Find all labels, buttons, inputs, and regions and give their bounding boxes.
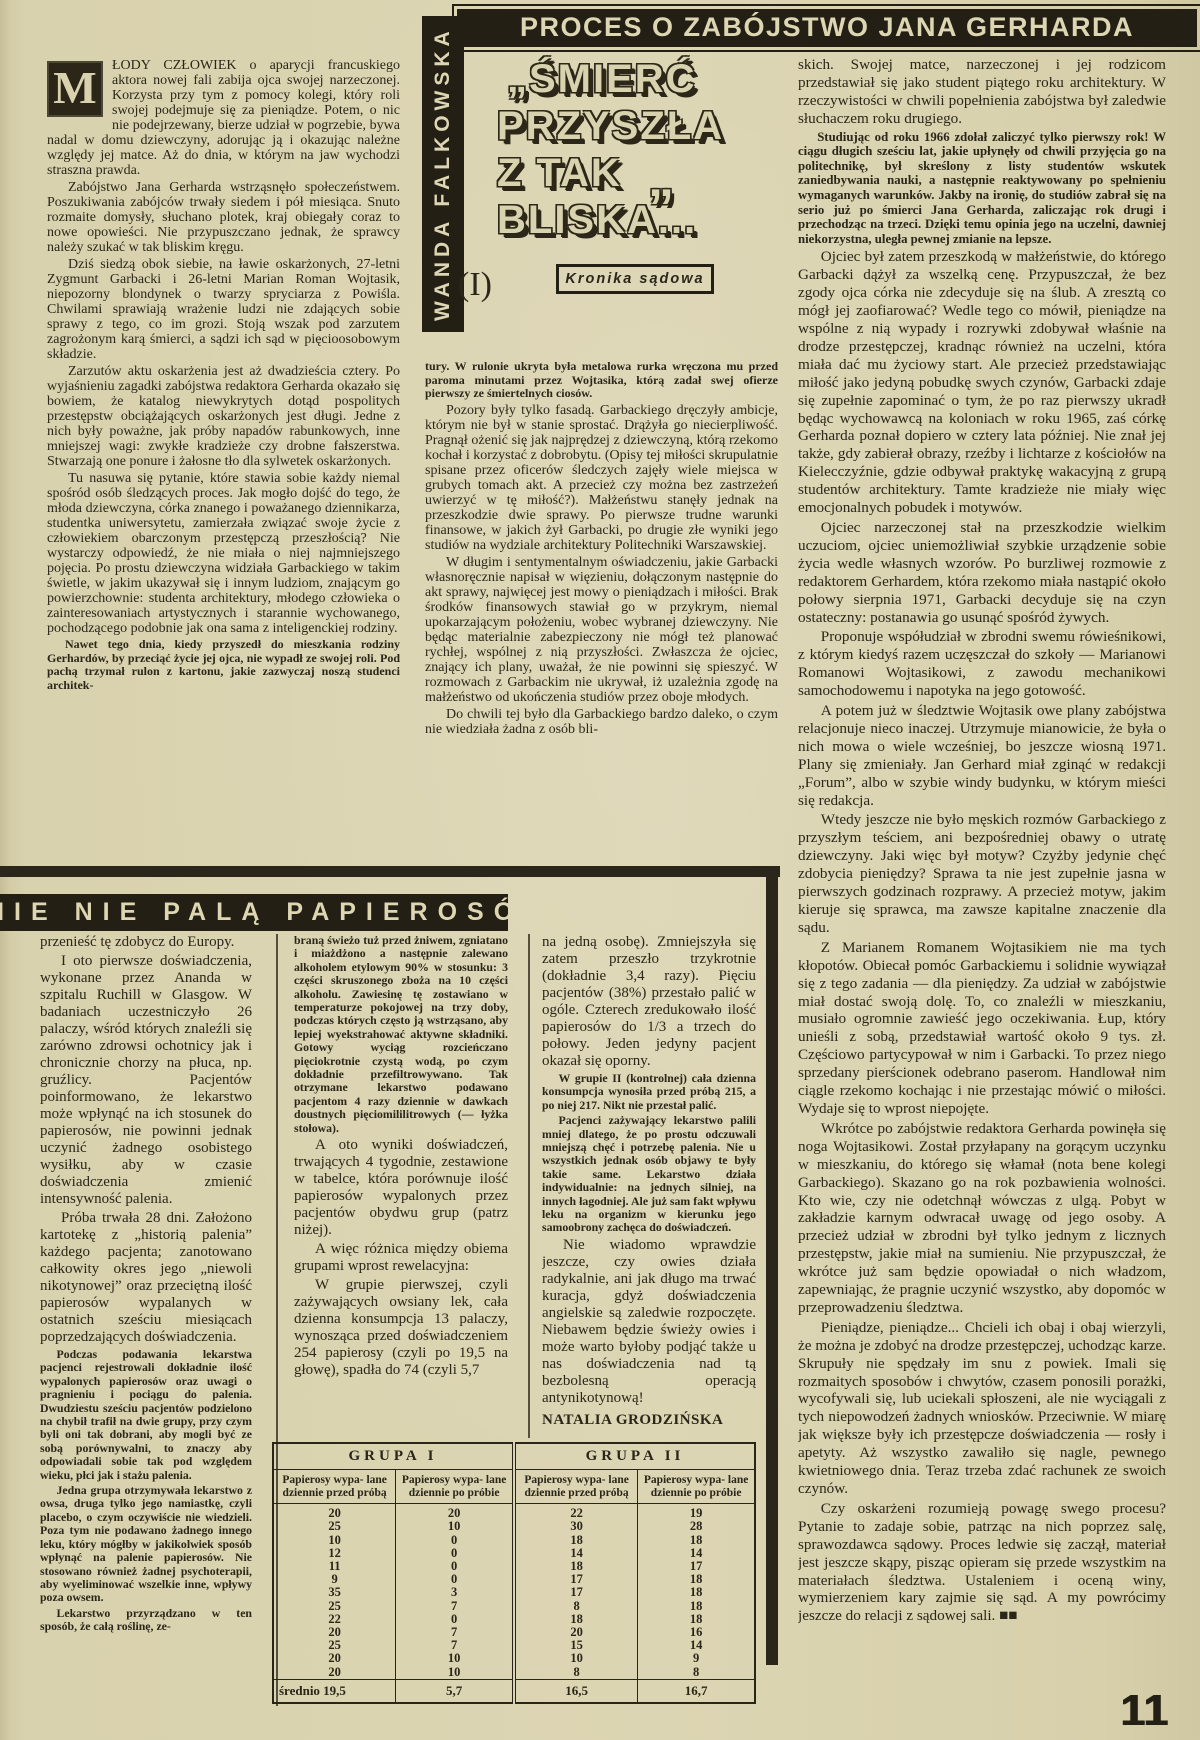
table-cell: 0 xyxy=(396,1534,514,1547)
table-cell: 8 xyxy=(638,1666,755,1680)
table-cell: 18 xyxy=(638,1586,755,1599)
table-cell: 8 xyxy=(514,1600,638,1613)
paragraph: Proponuje współudział w zbrodni swemu ró… xyxy=(798,628,1166,700)
results-table: GRUPA I GRUPA II Papierosy wypa- lane dz… xyxy=(272,1442,756,1704)
paragraph: A oto wyniki doświadczeń, trwających 4 t… xyxy=(294,1137,508,1239)
table-cell: 8 xyxy=(514,1666,638,1680)
table-cell: 9 xyxy=(638,1652,755,1665)
paragraph: A więc różnica między obiema grupami wpr… xyxy=(294,1241,508,1275)
table-cell: 10 xyxy=(396,1666,514,1680)
article1-column-1: M ŁODY CZŁOWIEK o aparycji francuskiego … xyxy=(47,58,400,850)
paragraph: Z Marianem Romanem Wojtasikiem nie ma ty… xyxy=(798,939,1166,1118)
headline-line: PRZYSZŁA xyxy=(497,103,797,150)
average-cell: 16,7 xyxy=(638,1679,755,1703)
group-header-row: GRUPA I GRUPA II xyxy=(273,1443,755,1470)
paragraph: tury. W rulonie ukryta była metalowa rur… xyxy=(425,360,778,401)
table-row: 3531718 xyxy=(273,1586,755,1599)
paragraph: Pieniądze, pieniądze... Chcieli ich obaj… xyxy=(798,1319,1166,1498)
paragraph: W grupie II (kontrolnej) cała dzienna ko… xyxy=(542,1072,756,1112)
table-cell: 20 xyxy=(273,1666,396,1680)
paragraph: Nawet tego dnia, kiedy przyszedł do mies… xyxy=(47,638,400,692)
table-row: 1201414 xyxy=(273,1547,755,1560)
article2-header-bar: NIE NIE PALĄ PAPIEROSÓW? xyxy=(0,894,508,931)
average-cell: 5,7 xyxy=(396,1679,514,1703)
subheader-row: Papierosy wypa- lane dziennie przed prób… xyxy=(273,1470,755,1504)
table-cell: 22 xyxy=(514,1504,638,1521)
table-cell: 20 xyxy=(396,1504,514,1521)
table-row: 2072016 xyxy=(273,1626,755,1639)
drop-cap: M xyxy=(47,61,103,117)
table-row: 2201818 xyxy=(273,1613,755,1626)
paragraph: I oto pierwsze doświadczenia, wykonane p… xyxy=(40,953,252,1208)
table-row: 2571514 xyxy=(273,1639,755,1652)
table-cell: 25 xyxy=(273,1600,396,1613)
paragraph: Tu nasuwa się pytanie, które stawia sobi… xyxy=(47,471,400,636)
paragraph: przenieść tę zdobycz do Europy. xyxy=(40,934,252,951)
table-row: 2010109 xyxy=(273,1652,755,1665)
paragraph: Studiując od roku 1966 zdołał zaliczyć t… xyxy=(798,130,1166,247)
headline-line: Z TAK xyxy=(497,150,797,197)
results-table-wrap: GRUPA I GRUPA II Papierosy wypa- lane dz… xyxy=(272,1442,756,1704)
paragraph: Podczas podawania lekarstwa pacjenci rej… xyxy=(40,1348,252,1482)
table-cell: 35 xyxy=(273,1586,396,1599)
paragraph: skich. Swojej matce, narzeczonej i jej r… xyxy=(798,56,1166,128)
table-cell: 10 xyxy=(396,1520,514,1533)
paragraph: Ojciec narzeczonej stał na przeszkodzie … xyxy=(798,519,1166,626)
table-row: 257818 xyxy=(273,1600,755,1613)
table-cell: 28 xyxy=(638,1520,755,1533)
paragraph: Próba trwała 28 dni. Założono kartotekę … xyxy=(40,1210,252,1346)
group1-label: GRUPA I xyxy=(273,1443,514,1470)
table-cell: 3 xyxy=(396,1586,514,1599)
average-row: średnio 19,5 5,7 16,5 16,7 xyxy=(273,1679,755,1703)
paragraph: Ojciec był zatem przeszkodą w małżeństwi… xyxy=(798,248,1166,517)
vertical-rule xyxy=(766,877,778,1665)
paragraph: Do chwili tej było dla Garbackiego bardz… xyxy=(425,707,778,737)
paragraph: Jedna grupa otrzymywała lekarstwo z owsa… xyxy=(40,1484,252,1605)
horizontal-rule xyxy=(0,866,780,877)
kicker-frame: PROCES O ZABÓJSTWO JANA GERHARDA xyxy=(452,4,1200,52)
table-row: 1101817 xyxy=(273,1560,755,1573)
paragraph: Pacjenci zażywający lekarstwo palili mni… xyxy=(542,1114,756,1235)
article1-col1-text: ŁODY CZŁOWIEK o aparycji francuskiego ak… xyxy=(47,58,400,692)
table-cell: 10 xyxy=(396,1652,514,1665)
article2-column-2: braną świeżo tuż przed żniwem, zgniatano… xyxy=(294,934,508,1440)
table-cell: 20 xyxy=(273,1652,396,1665)
paragraph: Zarzutów aktu oskarżenia jest aż dwadzie… xyxy=(47,364,400,469)
col-header: Papierosy wypa- lane dziennie po próbie xyxy=(396,1470,514,1504)
paragraph: Nie wiadomo wprawdzie jeszcze, czy owies… xyxy=(542,1237,756,1407)
article1-column-2: tury. W rulonie ukryta była metalowa rur… xyxy=(425,360,778,852)
table-row: 20202219 xyxy=(273,1504,755,1521)
article-headline: „ŚMIERĆPRZYSZŁAZ TAKBLISKA... xyxy=(497,56,797,244)
paragraph: Lekarstwo przyrządzano w ten sposób, że … xyxy=(40,1607,252,1634)
table-cell: 25 xyxy=(273,1520,396,1533)
paragraph: W długim i sentymentalnym oświadczeniu, … xyxy=(425,555,778,705)
table-cell: 10 xyxy=(273,1534,396,1547)
article2-column-1: przenieść tę zdobycz do Europy.I oto pie… xyxy=(40,934,252,1734)
article1-column-3: skich. Swojej matce, narzeczonej i jej r… xyxy=(798,56,1166,1702)
column-tag: Kronika sądowa xyxy=(556,264,714,294)
part-label: (I) xyxy=(458,266,492,304)
col-header: Papierosy wypa- lane dziennie po próbie xyxy=(638,1470,755,1504)
table-row: 1001818 xyxy=(273,1534,755,1547)
kicker-title: PROCES O ZABÓJSTWO JANA GERHARDA xyxy=(457,9,1197,47)
paragraph: Wkrótce po zabójstwie redaktora Gerharda… xyxy=(798,1120,1166,1317)
paragraph: Pozory były tylko fasadą. Garbackiego dr… xyxy=(425,403,778,553)
table-cell: 7 xyxy=(396,1600,514,1613)
table-row: 201088 xyxy=(273,1666,755,1680)
table-cell: 20 xyxy=(273,1504,396,1521)
newspaper-page: PROCES O ZABÓJSTWO JANA GERHARDA WANDA F… xyxy=(0,0,1200,1740)
group2-label: GRUPA II xyxy=(514,1443,755,1470)
paragraph: Dziś siedzą obok siebie, na ławie oskarż… xyxy=(47,257,400,362)
table-cell: 18 xyxy=(638,1600,755,1613)
col-header: Papierosy wypa- lane dziennie przed prób… xyxy=(514,1470,638,1504)
column-divider-2 xyxy=(528,934,530,1438)
paragraph: W grupie pierwszej, czyli zażywających o… xyxy=(294,1277,508,1379)
article2-column-3: na jedną osobę). Zmniejszyła się zatem p… xyxy=(542,934,756,1410)
table-cell: 18 xyxy=(638,1534,755,1547)
paragraph: Wtedy jeszcze nie było męskich rozmów Ga… xyxy=(798,811,1166,936)
headline-line: BLISKA... xyxy=(497,197,797,244)
paragraph: Zabójstwo Jana Gerharda wstrząsnęło społ… xyxy=(47,180,400,255)
table-body: 2020221925103028100181812014141101817901… xyxy=(273,1504,755,1680)
table-row: 901718 xyxy=(273,1573,755,1586)
byline: NATALIA GRODZIŃSKA xyxy=(542,1412,756,1429)
table-cell: 17 xyxy=(514,1586,638,1599)
table-cell: 30 xyxy=(514,1520,638,1533)
page-number: 11 xyxy=(1120,1686,1169,1736)
average-cell: 16,5 xyxy=(514,1679,638,1703)
table-row: 25103028 xyxy=(273,1520,755,1533)
paragraph: Czy oskarżeni rozumieją powagę swego pro… xyxy=(798,1500,1166,1625)
col-header: Papierosy wypa- lane dziennie przed prób… xyxy=(273,1470,396,1504)
headline-close-quote: ” xyxy=(648,178,674,238)
paragraph: braną świeżo tuż przed żniwem, zgniatano… xyxy=(294,934,508,1135)
table-cell: 19 xyxy=(638,1504,755,1521)
paragraph: na jedną osobę). Zmniejszyła się zatem p… xyxy=(542,934,756,1070)
table-cell: 10 xyxy=(514,1652,638,1665)
average-cell: średnio 19,5 xyxy=(273,1679,396,1703)
table-cell: 18 xyxy=(514,1534,638,1547)
paragraph: A potem już w śledztwie Wojtasik owe pla… xyxy=(798,702,1166,809)
headline-line: „ŚMIERĆ xyxy=(507,56,797,103)
